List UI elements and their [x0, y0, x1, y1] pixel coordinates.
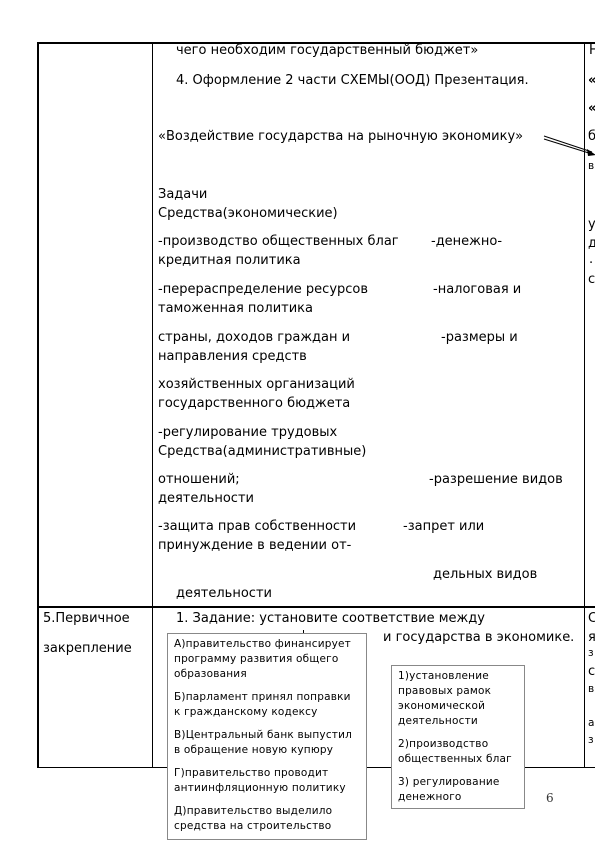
pair-c: кредитная политика: [158, 251, 301, 270]
pair-b: -запрет или: [403, 517, 484, 536]
right-col-char: в: [588, 682, 594, 697]
pair-b: -разрешение видов: [429, 470, 563, 489]
right-col-char: з: [588, 733, 594, 748]
pair-a: страны, доходов граждан и: [158, 328, 350, 347]
pair-a: -регулирование трудовых: [158, 423, 337, 442]
pair-c: направления средств: [158, 347, 307, 366]
right-col-char: с: [588, 270, 595, 289]
col-divider-1: [152, 42, 153, 768]
tail-line-1: дельных видов: [433, 565, 537, 584]
means-economic-label: Средства(экономические): [158, 204, 338, 223]
functions-box: 1)установление правовых рамок экономичес…: [391, 665, 525, 809]
task-line-1: 1. Задание: установите соответствие межд…: [176, 609, 485, 628]
pair-c: государственного бюджета: [158, 394, 350, 413]
function-item: 3) регулирование денежного: [398, 775, 517, 805]
pair-c: таможенная политика: [158, 299, 313, 318]
pair-c: деятельности: [158, 489, 254, 508]
pair-a: -защита прав собственности: [158, 517, 356, 536]
row-divider: [37, 606, 595, 608]
tasks-label: Задачи: [158, 185, 207, 204]
right-col-char: у: [588, 215, 595, 234]
pair-c: Средства(административные): [158, 442, 366, 461]
pair-a: хозяйственных организаций: [158, 375, 355, 394]
example-item: Б)парламент принял поправки к гражданско…: [174, 690, 360, 720]
right-col-char: в: [588, 159, 594, 174]
examples-box: А)правительство финансирует программу ра…: [167, 633, 367, 840]
right-col-char: с: [588, 662, 595, 681]
stage-label-line2: закрепление: [43, 639, 132, 658]
example-item: А)правительство финансирует программу ра…: [174, 637, 360, 682]
right-col-char: а: [588, 716, 594, 731]
arrow-icon: [540, 130, 595, 160]
right-col-char: .: [589, 250, 593, 269]
pair-a: -перераспределение ресурсов: [158, 280, 368, 299]
pair-a: -производство общественных благ: [158, 232, 399, 251]
pair-b: -размеры и: [441, 328, 518, 347]
function-item: 1)установление правовых рамок экономичес…: [398, 669, 517, 729]
scheme-title: «Воздействие государства на рыночную эко…: [158, 127, 523, 146]
right-col-char: з: [588, 646, 594, 661]
stage-label-line1: 5.Первичное: [43, 609, 130, 628]
right-col-char: «: [588, 71, 595, 90]
right-col-char: Н: [589, 41, 595, 60]
pair-b: -налоговая и: [433, 280, 521, 299]
page-number: 6: [546, 791, 554, 805]
right-col-char: «: [588, 99, 595, 118]
step4-line: 4. Оформление 2 части СХЕМЫ(ООД) Презент…: [176, 71, 529, 90]
example-item: В)Центральный банк выпустил в обращение …: [174, 728, 360, 758]
pair-b: -денежно-: [431, 232, 502, 251]
right-col-char: С: [588, 609, 595, 628]
right-col-char: б: [588, 127, 595, 146]
table-left-border: [37, 42, 39, 768]
right-col-char: я: [588, 628, 595, 647]
example-item: Д)правительство выделило средства на стр…: [174, 804, 360, 834]
example-item: Г)правительство проводит антиинфляционну…: [174, 766, 360, 796]
pair-c: принуждение в ведении от-: [158, 536, 351, 555]
task-line-2: и государства в экономике.: [383, 628, 574, 647]
budget-line: чего необходим государственный бюджет»: [176, 41, 478, 60]
function-item: 2)производство общественных благ: [398, 737, 517, 767]
pair-a: отношений;: [158, 470, 240, 489]
tail-line-2: деятельности: [176, 584, 272, 603]
